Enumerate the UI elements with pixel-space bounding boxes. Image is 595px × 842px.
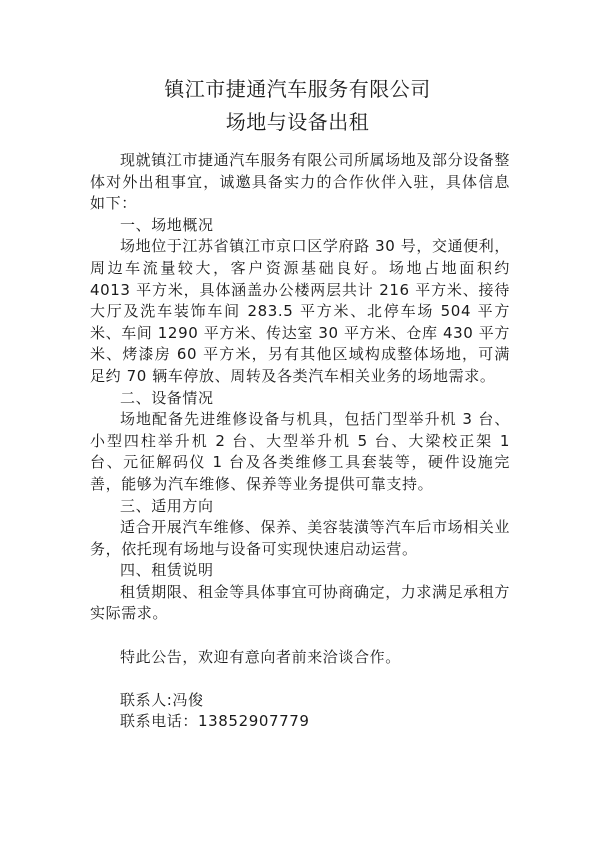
contact-phone[interactable]: 联系电话：13852907779 xyxy=(90,711,510,733)
closing-statement: 特此公告，欢迎有意向者前来洽谈合作。 xyxy=(90,647,510,669)
section-text-usage: 适合开展汽车维修、保养、美容装潢等汽车后市场相关业务，依托现有场地与设备可实现快… xyxy=(90,517,510,560)
section-heading-lease: 四、租赁说明 xyxy=(90,560,510,582)
document-page: 镇江市捷通汽车服务有限公司 场地与设备出租 现就镇江市捷通汽车服务有限公司所属场… xyxy=(0,0,595,842)
contact-person: 联系人:冯俊 xyxy=(90,690,510,712)
watermark-logo xyxy=(455,777,565,817)
spacer xyxy=(90,668,510,690)
company-title: 镇江市捷通汽车服务有限公司 xyxy=(0,75,595,103)
intro-paragraph: 现就镇江市捷通汽车服务有限公司所属场地及部分设备整体对外出租事宜，诚邀具备实力的… xyxy=(90,150,510,215)
section-text-site: 场地位于江苏省镇江市京口区学府路 30 号，交通便利，周边车流量较大，客户资源基… xyxy=(90,236,510,387)
section-heading-equipment: 二、设备情况 xyxy=(90,388,510,410)
section-text-lease: 租赁期限、租金等具体事宜可协商确定，力求满足承租方实际需求。 xyxy=(90,582,510,625)
section-heading-usage: 三、适用方向 xyxy=(90,496,510,518)
spacer xyxy=(90,625,510,647)
document-subject: 场地与设备出租 xyxy=(0,108,595,136)
document-body: 现就镇江市捷通汽车服务有限公司所属场地及部分设备整体对外出租事宜，诚邀具备实力的… xyxy=(90,150,510,733)
section-text-equipment: 场地配备先进维修设备与机具，包括门型举升机 3 台、小型四柱举升机 2 台、大型… xyxy=(90,409,510,495)
section-heading-site: 一、场地概况 xyxy=(90,215,510,237)
